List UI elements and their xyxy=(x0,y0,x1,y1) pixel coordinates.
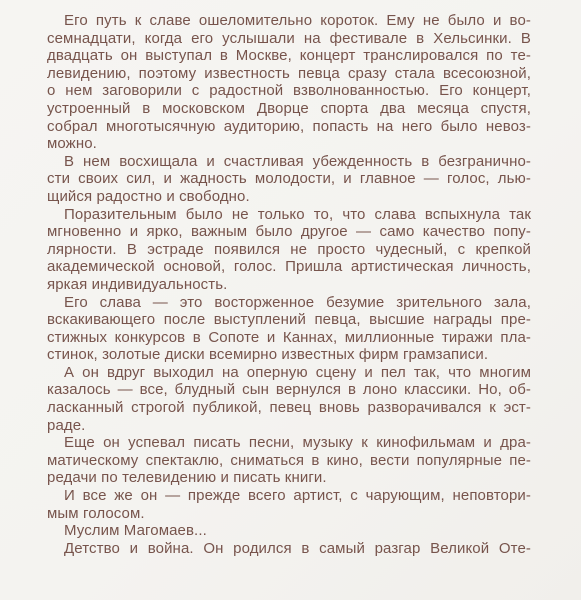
text-line: Муслим Магомаев... xyxy=(47,522,531,540)
text-line: Его слава — это восторженное безумие зри… xyxy=(47,294,531,312)
text-block: Его путь к славе ошеломительно короток. … xyxy=(47,12,531,557)
text-line: стижных конкурсов в Сопоте и Каннах, мил… xyxy=(47,329,531,347)
paragraph: Поразительным было не только то, что сла… xyxy=(47,206,531,294)
paragraph: В нем восхищала и счастливая убежденност… xyxy=(47,153,531,206)
text-line: Еще он успевал писать песни, музыку к ки… xyxy=(47,434,531,452)
text-line: двадцать он выступал в Москве, концерт т… xyxy=(47,47,531,65)
text-line: щийся радостно и свободно. xyxy=(47,188,531,206)
text-line: И все же он — прежде всего артист, с чар… xyxy=(47,487,531,505)
text-line: редачи по телевидению и писать книги. xyxy=(47,469,531,487)
text-line: вскакивающего после выступлений певца, в… xyxy=(47,311,531,329)
text-line: можно. xyxy=(47,135,531,153)
text-line: лярности. В эстраде появился не просто ч… xyxy=(47,241,531,259)
text-line: мым голосом. xyxy=(47,505,531,523)
scanned-page: Его путь к славе ошеломительно короток. … xyxy=(0,0,581,600)
paragraph: А он вдруг выходил на оперную сцену и пе… xyxy=(47,364,531,434)
text-line: академической основой, голос. Пришла арт… xyxy=(47,258,531,276)
paragraph: Его путь к славе ошеломительно короток. … xyxy=(47,12,531,153)
text-line: мгновенно и ярко, важным было другое — с… xyxy=(47,223,531,241)
text-line: раде. xyxy=(47,417,531,435)
text-line: собрал многотысячную аудиторию, попасть … xyxy=(47,118,531,136)
paragraph: Его слава — это восторженное безумие зри… xyxy=(47,294,531,364)
paragraph: Муслим Магомаев... xyxy=(47,522,531,540)
text-line: о нем заговорили с радостной взволнованн… xyxy=(47,82,531,100)
paragraph: Детство и война. Он родился в самый разг… xyxy=(47,540,531,558)
paragraph: Еще он успевал писать песни, музыку к ки… xyxy=(47,434,531,487)
text-line: яркая индивидуальность. xyxy=(47,276,531,294)
text-line: Его путь к славе ошеломительно короток. … xyxy=(47,12,531,30)
text-line: устроенный в московском Дворце спорта дв… xyxy=(47,100,531,118)
text-line: матическому спектаклю, сниматься в кино,… xyxy=(47,452,531,470)
text-line: Поразительным было не только то, что сла… xyxy=(47,206,531,224)
text-line: семнадцати, когда его услышали на фестив… xyxy=(47,30,531,48)
text-line: сти своих сил, и жадность молодости, и г… xyxy=(47,170,531,188)
text-line: казалось — все, блудный сын вернулся в л… xyxy=(47,381,531,399)
text-line: А он вдруг выходил на оперную сцену и пе… xyxy=(47,364,531,382)
text-line: ласканный строгой публикой, певец вновь … xyxy=(47,399,531,417)
text-line: стинок, золотые диски всемирно известных… xyxy=(47,346,531,364)
text-line: левидению, поэтому известность певца сра… xyxy=(47,65,531,83)
text-line: В нем восхищала и счастливая убежденност… xyxy=(47,153,531,171)
text-line: Детство и война. Он родился в самый разг… xyxy=(47,540,531,558)
paragraph: И все же он — прежде всего артист, с чар… xyxy=(47,487,531,522)
